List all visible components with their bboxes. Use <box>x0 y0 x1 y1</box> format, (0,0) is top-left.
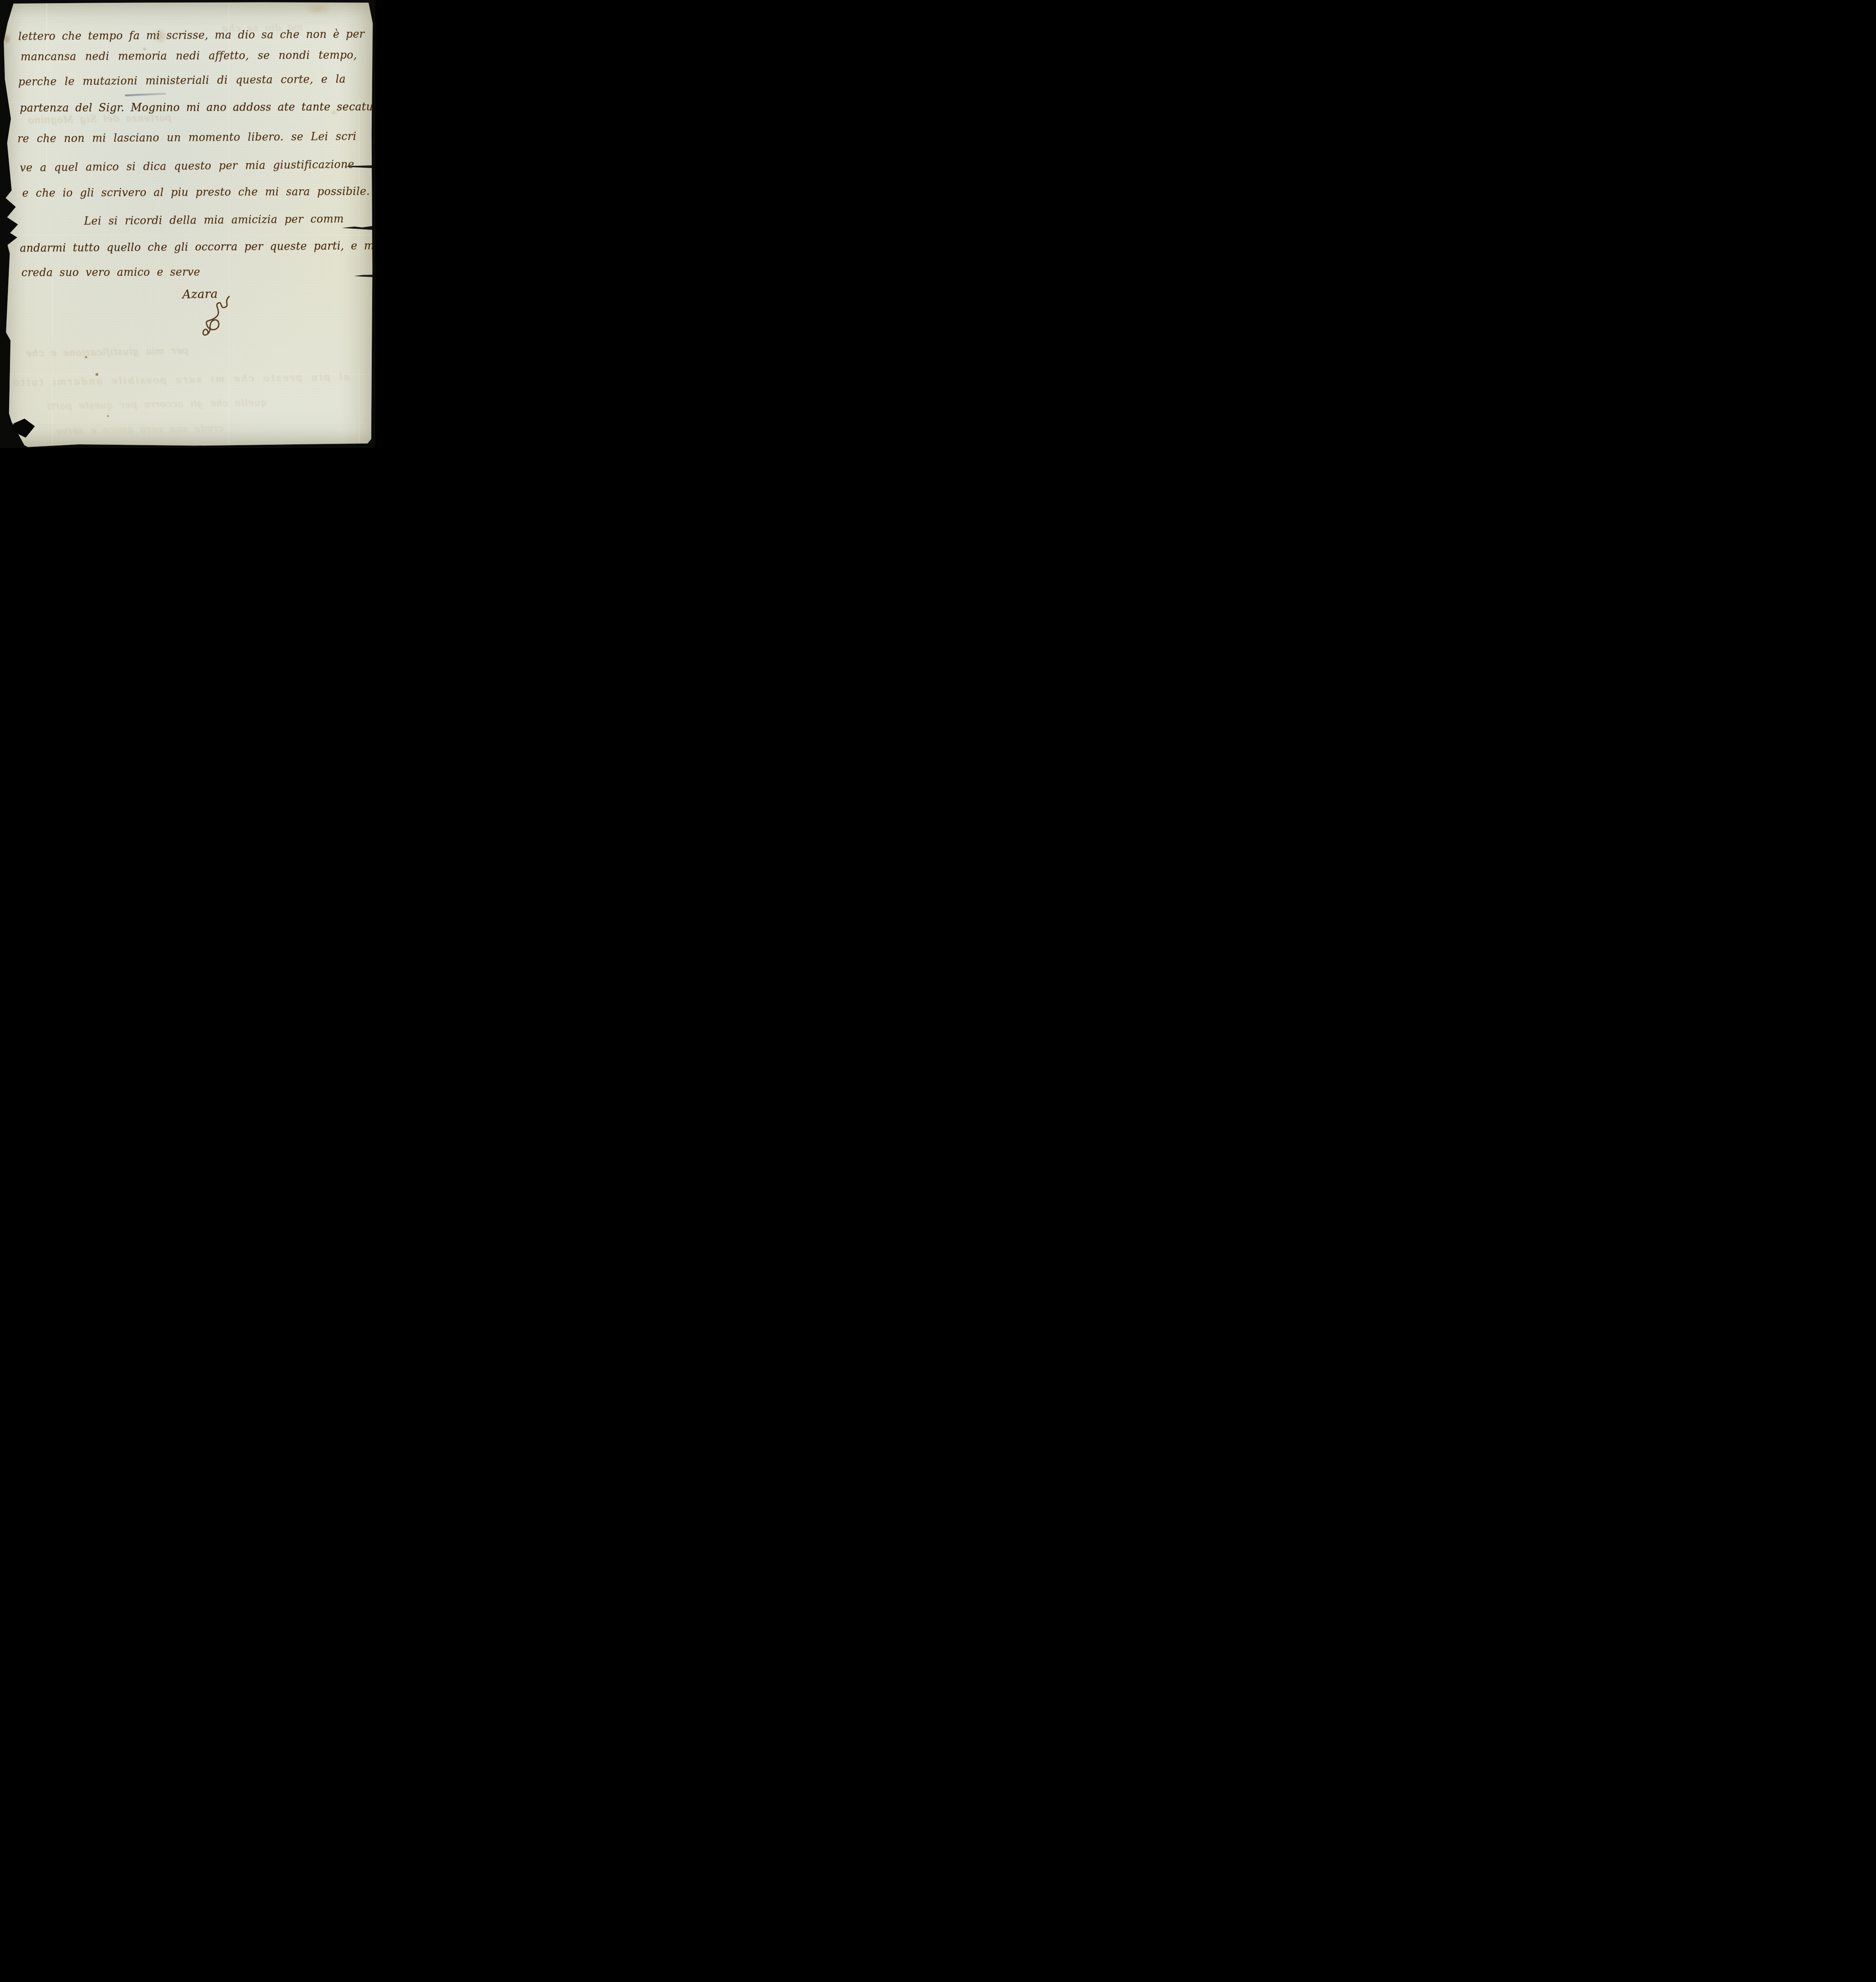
fold-crease-horizontal-4 <box>16 423 369 423</box>
handwriting-line-7: e che io gli scrivero al piu presto che … <box>22 186 370 199</box>
stain-left-edge <box>2 34 10 44</box>
fold-crease-vertical-1b <box>52 277 53 444</box>
showthrough-line: partenza del Sig Mognino <box>28 113 172 125</box>
scan-background: ma dio sa che partenza del Sig Mognino p… <box>0 0 375 448</box>
foxing-dot-2 <box>96 373 98 376</box>
handwriting-line-6: ve a quel amico si dica questo per mia g… <box>20 159 354 174</box>
fold-crease-horizontal-2 <box>6 374 369 375</box>
signature-paraph-flourish <box>198 295 236 342</box>
handwriting-line-8-closing: Lei si ricordi della mia amicizia per co… <box>84 214 344 227</box>
handwriting-line-3: perche le mutazioni ministeriali di ques… <box>18 74 346 87</box>
stain-top-right <box>305 4 330 13</box>
handwriting-line-4: partenza del Sigr. Mognino mi ano addoss… <box>20 101 373 113</box>
showthrough-line: creda suo vero amico e serve <box>55 423 224 436</box>
showthrough-line: quello che gli occorra per queste parti <box>47 398 267 411</box>
handwriting-line-2: mancansa nedi memoria nedi affetto, se n… <box>21 50 357 62</box>
handwriting-line-9: andarmi tutto quello che gli occorra per… <box>20 241 375 254</box>
handwriting-line-5: re che non mi lasciano un momento libero… <box>17 131 356 144</box>
foxing-dot-1 <box>85 356 87 358</box>
foxing-dot-3 <box>107 415 109 417</box>
showthrough-line: al piu presto che mi sara possibile anda… <box>12 372 350 388</box>
letter-page: ma dio sa che partenza del Sig Mognino p… <box>0 0 375 448</box>
handwriting-line-1: lettero che tempo fa mi scrisse, ma dio … <box>18 29 365 42</box>
handwriting-line-10: creda suo vero amico e serve <box>21 267 200 278</box>
showthrough-line: per mia giustificazione e che <box>25 346 189 358</box>
fold-crease-vertical-3 <box>359 99 360 445</box>
fold-crease-horizontal-1 <box>5 235 371 235</box>
pencil-smudge <box>125 93 166 97</box>
